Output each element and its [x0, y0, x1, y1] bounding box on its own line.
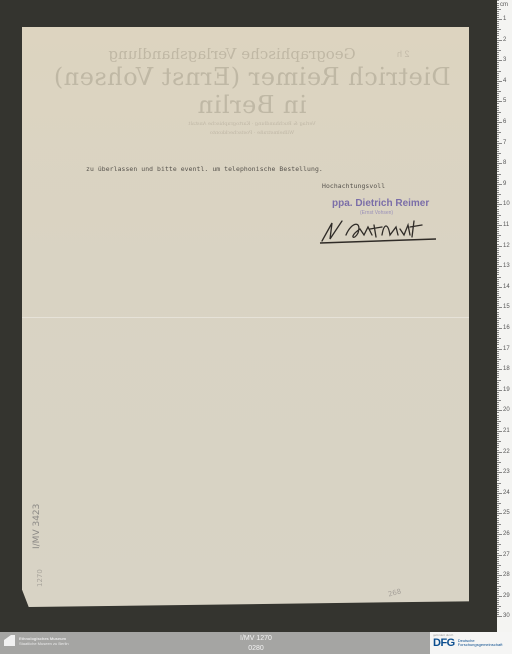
ruler-minor-tick: [497, 83, 499, 84]
ruler-minor-tick: [497, 608, 499, 609]
ruler-tick: [497, 122, 502, 123]
ruler-minor-tick: [497, 579, 499, 580]
ruler-minor-tick: [497, 441, 501, 442]
ruler-minor-tick: [497, 548, 499, 549]
ruler-label: 25: [503, 510, 510, 516]
ruler-tick: [497, 266, 502, 267]
ruler-tick: [497, 101, 502, 102]
ruler-tick: [497, 143, 502, 144]
ruler-label: 28: [503, 572, 510, 578]
ruler-minor-tick: [497, 260, 499, 261]
ruler-label: 17: [503, 346, 510, 352]
ruler-minor-tick: [497, 75, 499, 76]
ruler-minor-tick: [497, 73, 499, 74]
ruler-minor-tick: [497, 406, 499, 407]
letter-page: Geographische Verlagshandlung Dietrich R…: [22, 27, 469, 607]
ruler-minor-tick: [497, 408, 499, 409]
ruler-tick: [497, 410, 502, 411]
ruler-minor-tick: [497, 200, 499, 201]
ruler-label: 3: [503, 57, 506, 63]
ruler-minor-tick: [497, 478, 499, 479]
ruler-minor-tick: [497, 85, 499, 86]
ruler-minor-tick: [497, 433, 499, 434]
ruler-minor-tick: [497, 120, 499, 121]
ruler-minor-tick: [497, 283, 499, 284]
ruler-minor-tick: [497, 312, 499, 313]
ruler-minor-tick: [497, 198, 499, 199]
ruler-minor-tick: [497, 118, 499, 119]
ruler-minor-tick: [497, 480, 499, 481]
ruler-minor-tick: [497, 581, 499, 582]
letterhead-subtitle: Geographische Verlagshandlung: [42, 45, 422, 63]
ruler-minor-tick: [497, 505, 499, 506]
ruler-minor-tick: [497, 332, 499, 333]
ruler-minor-tick: [497, 64, 499, 65]
ruler-label: 27: [503, 552, 510, 558]
ruler-minor-tick: [497, 13, 499, 14]
ruler-minor-tick: [497, 544, 501, 545]
ruler-minor-tick: [497, 483, 501, 484]
ruler-tick: [497, 493, 502, 494]
ruler-minor-tick: [497, 458, 499, 459]
ruler-minor-tick: [497, 132, 501, 133]
ruler-minor-tick: [497, 108, 499, 109]
ruler-minor-tick: [497, 293, 499, 294]
ruler-minor-tick: [497, 347, 499, 348]
ruler-minor-tick: [497, 357, 499, 358]
ruler-tick: [497, 307, 502, 308]
ruler-tick: [497, 60, 502, 61]
ruler-minor-tick: [497, 155, 499, 156]
ruler-minor-tick: [497, 256, 501, 257]
ruler-minor-tick: [497, 386, 499, 387]
ruler-label: 11: [503, 222, 509, 228]
ruler-minor-tick: [497, 542, 499, 543]
ruler-minor-tick: [497, 227, 499, 228]
ruler-minor-tick: [497, 402, 499, 403]
ruler-minor-tick: [497, 151, 499, 152]
ruler-minor-tick: [497, 460, 499, 461]
ruler-minor-tick: [497, 169, 499, 170]
ruler-tick: [497, 616, 502, 617]
ruler-minor-tick: [497, 180, 499, 181]
ruler-minor-tick: [497, 429, 499, 430]
ruler-minor-tick: [497, 128, 499, 129]
ruler-minor-tick: [497, 209, 499, 210]
ruler-minor-tick: [497, 27, 499, 28]
ruler-minor-tick: [497, 561, 499, 562]
ruler-minor-tick: [497, 577, 499, 578]
ruler-label: 5: [503, 98, 506, 104]
ruler-minor-tick: [497, 250, 499, 251]
ruler-label: 30: [503, 613, 510, 619]
ruler-minor-tick: [497, 365, 499, 366]
ruler-label: 18: [503, 366, 510, 372]
ruler-minor-tick: [497, 326, 499, 327]
ruler-minor-tick: [497, 404, 499, 405]
handwritten-page-number: 268: [387, 587, 402, 598]
ruler-minor-tick: [497, 99, 499, 100]
ruler-minor-tick: [497, 320, 499, 321]
ruler-minor-tick: [497, 398, 499, 399]
ruler-minor-tick: [497, 35, 499, 36]
ruler-minor-tick: [497, 136, 499, 137]
ruler-minor-tick: [497, 165, 499, 166]
ruler-minor-tick: [497, 235, 501, 236]
ruler-minor-tick: [497, 565, 501, 566]
ruler-minor-tick: [497, 248, 499, 249]
ruler-minor-tick: [497, 524, 501, 525]
ruler-minor-tick: [497, 270, 499, 271]
ruler-minor-tick: [497, 497, 499, 498]
company-stamp: ppa. Dietrich Reimer: [332, 198, 429, 209]
ruler-minor-tick: [497, 219, 499, 220]
ruler-minor-tick: [497, 536, 499, 537]
ruler-minor-tick: [497, 594, 499, 595]
ruler-minor-tick: [497, 15, 499, 16]
museum-subtitle: Staatliche Museen zu Berlin: [19, 641, 69, 646]
ruler-minor-tick: [497, 211, 499, 212]
letterhead-fine-print: Verlag & Buchhandlung · Kartographische …: [42, 121, 462, 127]
ruler-minor-tick: [497, 157, 499, 158]
ruler-minor-tick: [497, 324, 499, 325]
ruler-minor-tick: [497, 264, 499, 265]
ruler-minor-tick: [497, 507, 499, 508]
ruler-minor-tick: [497, 495, 499, 496]
ruler-minor-tick: [497, 336, 499, 337]
ruler-minor-tick: [497, 95, 499, 96]
ruler-minor-tick: [497, 318, 501, 319]
ruler-minor-tick: [497, 285, 499, 286]
ruler-label: 16: [503, 325, 510, 331]
ruler-tick: [497, 431, 502, 432]
ruler-minor-tick: [497, 174, 501, 175]
ruler-minor-tick: [497, 515, 499, 516]
cm-ruler: cm 1234567891011121314151617181920212223…: [497, 0, 512, 632]
ruler-minor-tick: [497, 254, 499, 255]
ruler-minor-tick: [497, 606, 501, 607]
ruler-minor-tick: [497, 291, 499, 292]
ruler-minor-tick: [497, 466, 499, 467]
ruler-label: 2: [503, 37, 506, 43]
ruler-minor-tick: [497, 602, 499, 603]
ruler-minor-tick: [497, 363, 499, 364]
ruler-minor-tick: [497, 359, 501, 360]
ruler-minor-tick: [497, 303, 499, 304]
ruler-minor-tick: [497, 297, 501, 298]
ruler-tick: [497, 40, 502, 41]
ruler-minor-tick: [497, 520, 499, 521]
ruler-minor-tick: [497, 289, 499, 290]
ruler-minor-tick: [497, 87, 499, 88]
ruler-minor-tick: [497, 571, 499, 572]
signature-icon: [318, 215, 438, 245]
ruler-label: 26: [503, 531, 510, 537]
ruler-minor-tick: [497, 487, 499, 488]
ruler-tick: [497, 328, 502, 329]
ruler-minor-tick: [497, 474, 499, 475]
ruler-tick: [497, 596, 502, 597]
ruler-minor-tick: [497, 380, 501, 381]
ruler-minor-tick: [497, 439, 499, 440]
ruler-minor-tick: [497, 3, 499, 4]
ruler-minor-tick: [497, 445, 499, 446]
ruler-minor-tick: [497, 375, 499, 376]
ruler-minor-tick: [497, 268, 499, 269]
ruler-minor-tick: [497, 491, 499, 492]
museum-name: Ethnologisches Museum: [19, 636, 69, 641]
ruler-minor-tick: [497, 190, 499, 191]
ruler-minor-tick: [497, 221, 499, 222]
ruler-minor-tick: [497, 58, 499, 59]
ruler-minor-tick: [497, 145, 499, 146]
ruler-minor-tick: [497, 592, 499, 593]
ruler-tick: [497, 575, 502, 576]
ruler-minor-tick: [497, 522, 499, 523]
ruler-minor-tick: [497, 171, 499, 172]
museum-logo-icon: [4, 635, 15, 646]
ruler-minor-tick: [497, 196, 499, 197]
ruler-minor-tick: [497, 598, 499, 599]
ruler-label: 8: [503, 160, 506, 166]
ruler-label: 24: [503, 490, 510, 496]
ruler-minor-tick: [497, 377, 499, 378]
ruler-minor-tick: [497, 50, 501, 51]
ruler-minor-tick: [497, 5, 499, 6]
ruler-tick: [497, 369, 502, 370]
letter-closing: Hochachtungsvoll: [322, 182, 385, 190]
ruler-minor-tick: [497, 176, 499, 177]
ruler-minor-tick: [497, 499, 499, 500]
ruler-minor-tick: [497, 279, 499, 280]
ruler-minor-tick: [497, 330, 499, 331]
ruler-minor-tick: [497, 233, 499, 234]
ruler-minor-tick: [497, 124, 499, 125]
ruler-minor-tick: [497, 241, 499, 242]
ruler-minor-tick: [497, 134, 499, 135]
ruler-minor-tick: [497, 46, 499, 47]
ruler-tick: [497, 534, 502, 535]
ruler-minor-tick: [497, 435, 499, 436]
ruler-minor-tick: [497, 573, 499, 574]
ruler-tick: [497, 452, 502, 453]
ruler-tick: [497, 81, 502, 82]
ruler-minor-tick: [497, 7, 499, 8]
ruler-minor-tick: [497, 114, 499, 115]
ruler-minor-tick: [497, 437, 499, 438]
ruler-minor-tick: [497, 71, 501, 72]
ruler-minor-tick: [497, 546, 499, 547]
ruler-minor-tick: [497, 456, 499, 457]
ruler-minor-tick: [497, 116, 499, 117]
ruler-minor-tick: [497, 231, 499, 232]
ruler-tick: [497, 225, 502, 226]
dfg-logo-icon: DFG: [433, 637, 455, 649]
ruler-minor-tick: [497, 604, 499, 605]
ruler-minor-tick: [497, 355, 499, 356]
ruler-minor-tick: [497, 274, 499, 275]
ruler-label: 10: [503, 201, 510, 207]
ruler-label: 29: [503, 593, 510, 599]
ruler-minor-tick: [497, 316, 499, 317]
ruler-minor-tick: [497, 202, 499, 203]
ruler-minor-tick: [497, 569, 499, 570]
ruler-label: 4: [503, 78, 506, 84]
ruler-minor-tick: [497, 23, 499, 24]
ruler-minor-tick: [497, 192, 499, 193]
ruler-label: 22: [503, 449, 510, 455]
ruler-minor-tick: [497, 0, 499, 1]
ruler-minor-tick: [497, 305, 499, 306]
ruler-minor-tick: [497, 194, 501, 195]
ruler-minor-tick: [497, 489, 499, 490]
ruler-minor-tick: [497, 550, 499, 551]
ruler-minor-tick: [497, 450, 499, 451]
ruler-minor-tick: [497, 237, 499, 238]
ruler-minor-tick: [497, 130, 499, 131]
ruler-minor-tick: [497, 462, 501, 463]
ruler-minor-tick: [497, 213, 499, 214]
ruler-minor-tick: [497, 272, 499, 273]
ruler-tick: [497, 163, 502, 164]
ruler-minor-tick: [497, 334, 499, 335]
dfg-name-line-2: Forschungsgemeinschaft: [458, 643, 503, 648]
ruler-minor-tick: [497, 610, 499, 611]
ruler-label: 15: [503, 304, 510, 310]
ruler-label: 20: [503, 407, 510, 413]
ruler-minor-tick: [497, 262, 499, 263]
ruler-minor-tick: [497, 31, 499, 32]
archive-footer: Ethnologisches Museum Staatliche Museen …: [0, 632, 512, 654]
ruler-minor-tick: [497, 427, 499, 428]
ruler-minor-tick: [497, 612, 499, 613]
ruler-label: 19: [503, 387, 510, 393]
ruler-minor-tick: [497, 54, 499, 55]
ruler-label: 7: [503, 140, 506, 146]
ruler-minor-tick: [497, 52, 499, 53]
ruler-minor-tick: [497, 419, 499, 420]
ruler-tick: [497, 287, 502, 288]
ruler-label: 21: [503, 428, 510, 434]
ruler-minor-tick: [497, 215, 501, 216]
ruler-tick: [497, 184, 502, 185]
letterhead-title: Dietrich Reimer (Ernst Vohsen) in Berlin: [42, 63, 462, 119]
ruler-minor-tick: [497, 532, 499, 533]
ruler-minor-tick: [497, 353, 499, 354]
ruler-minor-tick: [497, 340, 499, 341]
ruler-minor-tick: [497, 277, 501, 278]
ruler-minor-tick: [497, 526, 499, 527]
ruler-minor-tick: [497, 454, 499, 455]
ruler-minor-tick: [497, 586, 501, 587]
ruler-minor-tick: [497, 384, 499, 385]
ruler-minor-tick: [497, 301, 499, 302]
ruler-minor-tick: [497, 178, 499, 179]
ruler-minor-tick: [497, 528, 499, 529]
ruler-minor-tick: [497, 77, 499, 78]
ruler-minor-tick: [497, 373, 499, 374]
ruler-minor-tick: [497, 518, 499, 519]
ruler-minor-tick: [497, 447, 499, 448]
ruler-label: 14: [503, 284, 510, 290]
ruler-minor-tick: [497, 161, 499, 162]
ruler-minor-tick: [497, 79, 499, 80]
ruler-minor-tick: [497, 309, 499, 310]
ruler-minor-tick: [497, 563, 499, 564]
ruler-minor-tick: [497, 138, 499, 139]
ruler-minor-tick: [497, 417, 499, 418]
ruler-minor-tick: [497, 443, 499, 444]
ruler-minor-tick: [497, 89, 499, 90]
ruler-minor-tick: [497, 503, 501, 504]
ruler-label: 1: [503, 16, 506, 22]
ruler-minor-tick: [497, 25, 499, 26]
ruler-minor-tick: [497, 106, 499, 107]
scan-viewer: Geographische Verlagshandlung Dietrich R…: [0, 0, 512, 632]
ruler-minor-tick: [497, 11, 499, 12]
ruler-minor-tick: [497, 421, 501, 422]
ruler-minor-tick: [497, 540, 499, 541]
ruler-minor-tick: [497, 48, 499, 49]
ruler-minor-tick: [497, 42, 499, 43]
ruler-minor-tick: [497, 56, 499, 57]
ruler-minor-tick: [497, 252, 499, 253]
ruler-minor-tick: [497, 258, 499, 259]
ruler-minor-tick: [497, 511, 499, 512]
ruler-minor-tick: [497, 97, 499, 98]
ruler-minor-tick: [497, 44, 499, 45]
ruler-minor-tick: [497, 476, 499, 477]
ruler-label: 12: [503, 243, 510, 249]
ruler-minor-tick: [497, 66, 499, 67]
ruler-minor-tick: [497, 314, 499, 315]
ruler-minor-tick: [497, 112, 501, 113]
ruler-minor-tick: [497, 600, 499, 601]
ruler-minor-tick: [497, 412, 499, 413]
ruler-minor-tick: [497, 553, 499, 554]
letter-body-line: zu überlassen und bitte eventl. um telep…: [86, 165, 323, 173]
ruler-tick: [497, 513, 502, 514]
ruler-minor-tick: [497, 206, 499, 207]
ruler-minor-tick: [497, 244, 499, 245]
ruler-minor-tick: [497, 400, 501, 401]
ruler-minor-tick: [497, 239, 499, 240]
ruler-minor-tick: [497, 538, 499, 539]
ruler-minor-tick: [497, 33, 499, 34]
ruler-minor-tick: [497, 149, 499, 150]
ruler-minor-tick: [497, 91, 501, 92]
ruler-minor-tick: [497, 126, 499, 127]
ruler-minor-tick: [497, 509, 499, 510]
ruler-minor-tick: [497, 394, 499, 395]
ruler-tick: [497, 472, 502, 473]
ruler-label: 6: [503, 119, 506, 125]
ruler-minor-tick: [497, 9, 501, 10]
ruler-tick: [497, 349, 502, 350]
ruler-minor-tick: [497, 351, 499, 352]
ruler-tick: [497, 390, 502, 391]
ruler-minor-tick: [497, 110, 499, 111]
ruler-minor-tick: [497, 559, 499, 560]
ruler-minor-tick: [497, 217, 499, 218]
letterhead-ref: 2 h: [397, 49, 410, 59]
margin-mark: 1270: [36, 569, 44, 587]
ruler-minor-tick: [497, 299, 499, 300]
ruler-minor-tick: [497, 21, 499, 22]
ruler-minor-tick: [497, 415, 499, 416]
ruler-tick: [497, 204, 502, 205]
ruler-minor-tick: [497, 588, 499, 589]
